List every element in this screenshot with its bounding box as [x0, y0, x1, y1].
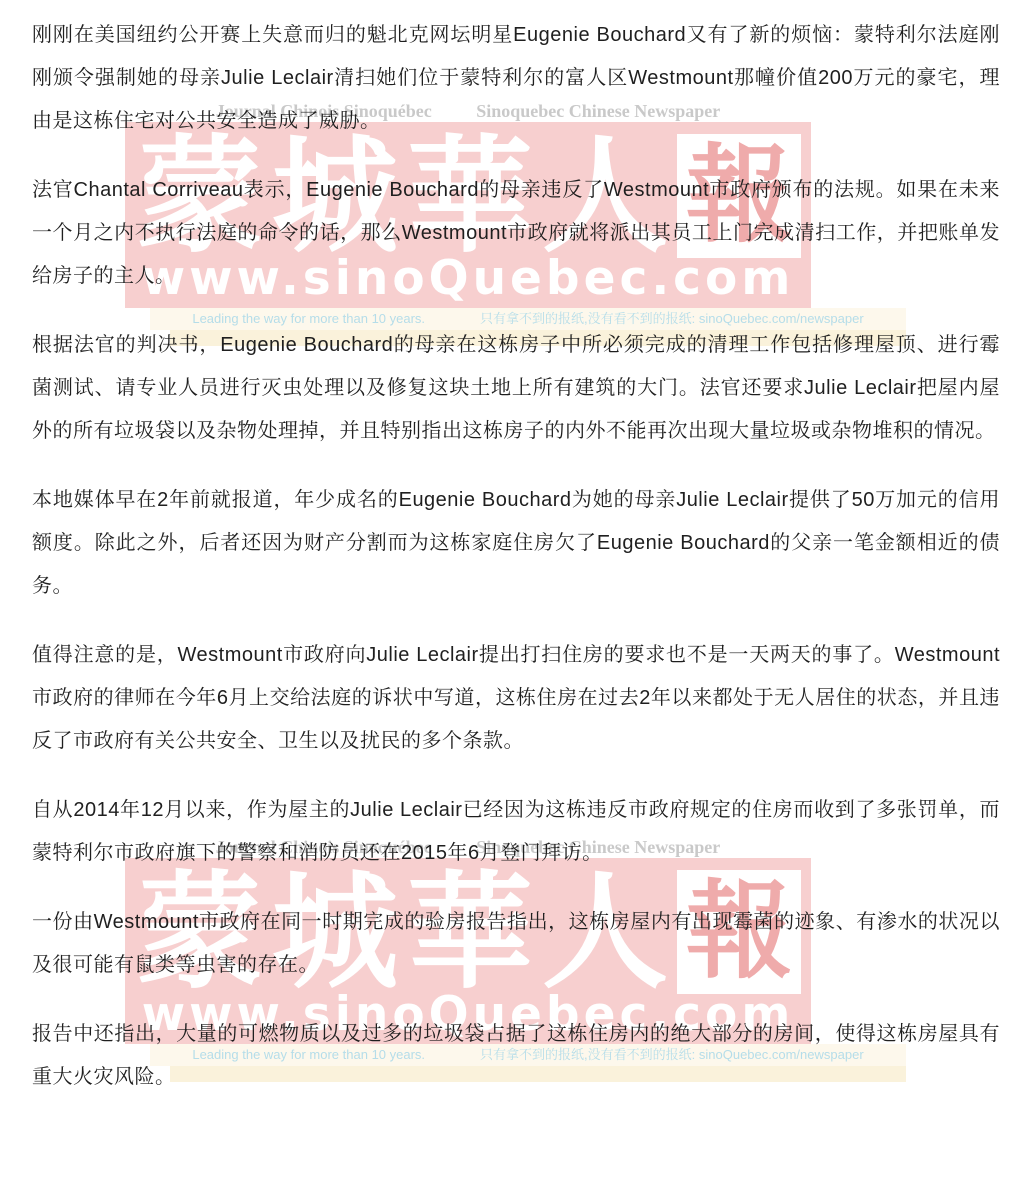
article-body: 刚刚在美国纽约公开赛上失意而归的魁北克网坛明星Eugenie Bouchard又…: [0, 0, 1032, 1099]
paragraph-6: 自从2014年12月以来，作为屋主的Julie Leclair已经因为这栋违反市…: [32, 789, 1000, 875]
paragraph-2: 法官Chantal Corriveau表示，Eugenie Bouchard的母…: [32, 169, 1000, 298]
paragraph-7: 一份由Westmount市政府在同一时期完成的验房报告指出，这栋房屋内有出现霉菌…: [32, 901, 1000, 987]
paragraph-8: 报告中还指出，大量的可燃物质以及过多的垃圾袋占据了这栋住房内的绝大部分的房间，使…: [32, 1013, 1000, 1099]
article-page: Journal Chinois Sinoquébec Sinoquebec Ch…: [0, 0, 1032, 1186]
paragraph-5: 值得注意的是，Westmount市政府向Julie Leclair提出打扫住房的…: [32, 634, 1000, 763]
paragraph-1: 刚刚在美国纽约公开赛上失意而归的魁北克网坛明星Eugenie Bouchard又…: [32, 14, 1000, 143]
paragraph-3: 根据法官的判决书，Eugenie Bouchard的母亲在这栋房子中所必须完成的…: [32, 324, 1000, 453]
paragraph-4: 本地媒体早在2年前就报道，年少成名的Eugenie Bouchard为她的母亲J…: [32, 479, 1000, 608]
